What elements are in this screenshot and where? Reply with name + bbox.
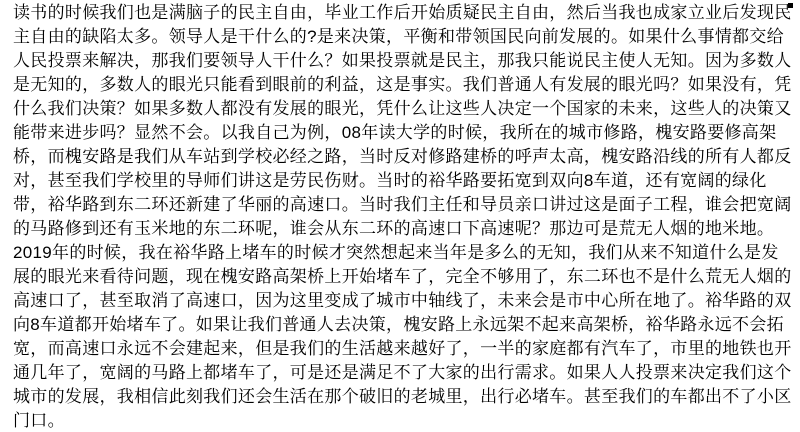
- text-line: 是无知的，多数人的眼光只能看到眼前的利益，这是事实。我们普通人有发展的眼光吗？如…: [13, 73, 800, 97]
- text-line: 2019年的时候，我在裕华路上堵车的时候才突然想起来当年是多么的无知，我们从来不…: [13, 241, 800, 265]
- text-line: 读书的时候我们也是满脑子的民主自由，毕业工作后开始质疑民主自由，然后当我也成家立…: [13, 1, 800, 25]
- text-line: 展的眼光来看待问题，现在槐安路高架桥上开始堵车了，完全不够用了，东二环也不是什么…: [13, 265, 800, 289]
- text-line: 的马路修到还有玉米地的东二环呢，谁会从东二环的高速口下高速呢？那边可是荒无人烟的…: [13, 217, 800, 241]
- text-line: 向8车道都开始堵车了。如果让我们普通人去决策，槐安路上永远架不起来高架桥，裕华路…: [13, 313, 800, 337]
- text-line: 对，甚至我们学校里的导师们讲这是劳民伤财。当时的裕华路要拓宽到双向8车道，还有宽…: [13, 169, 800, 193]
- text-line: 桥，而槐安路是我们从车站到学校必经之路，当时反对修路建桥的呼声太高，槐安路沿线的…: [13, 145, 800, 169]
- black-square-dot-mark: [788, 3, 793, 8]
- text-line: 城市的发展，我相信此刻我们还会生活在那个破旧的老城里，出行必堵车。甚至我们的车都…: [13, 385, 800, 409]
- text-line: 带，裕华路到东二环还新建了华丽的高速口。当时我们主任和导员亲口讲过这是面子工程，…: [13, 193, 800, 217]
- text-line: 能带来进步吗？显然不会。以我自己为例，08年读大学的时候，我所在的城市修路，槐安…: [13, 121, 800, 145]
- text-line: 什么我们决策？如果多数人都没有发展的眼光，凭什么让这些人决定一个国家的未来，这些…: [13, 97, 800, 121]
- text-line: 宽，而高速口永远不会建起来，但是我们的生活越来越好了，一半的家庭都有汽车了，市里…: [13, 337, 800, 361]
- text-line: 主自由的缺陷太多。领导人是干什么的?是来决策，平衡和带领国民向前发展的。如果什么…: [13, 25, 800, 49]
- text-line: 高速口了，甚至取消了高速口，因为这里变成了城市中轴线了，未来会是市中心所在地了。…: [13, 289, 800, 313]
- text-line: 通几年了，宽阔的马路上都堵车了，可是还是满足不了大家的出行需求。如果人人投票来决…: [13, 361, 800, 385]
- text-line: 门口。: [13, 409, 800, 432]
- text-line: 人民投票来解决，那我们要领导人干什么？如果投票就是民主，那我只能说民主使人无知。…: [13, 49, 800, 73]
- text-document: 读书的时候我们也是满脑子的民主自由，毕业工作后开始质疑民主自由，然后当我也成家立…: [13, 1, 800, 432]
